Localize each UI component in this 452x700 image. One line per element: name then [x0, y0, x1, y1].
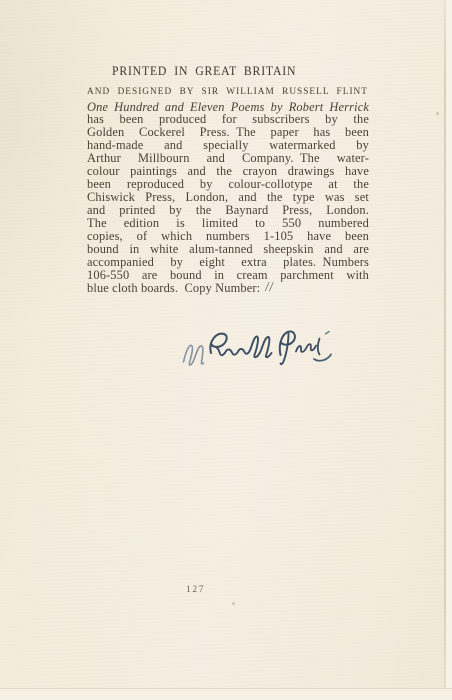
designer-credit-line: AND DESIGNED BY SIR WILLIAM RUSSELL FLIN… [87, 87, 368, 97]
copy-number-label: blue cloth boards. Copy Number: [87, 281, 260, 295]
colophon-line: The edition is limited to 550 numbered [87, 217, 369, 230]
page-edge-bottom [0, 688, 452, 700]
russell-flint-signature-icon [181, 329, 333, 371]
copy-number-handwritten: // [265, 281, 275, 294]
page-edge-right [446, 0, 452, 700]
colophon-line: copies, of which numbers 1-105 have been [87, 230, 369, 243]
colophon-paragraph: One Hundred and Eleven Poems by Robert H… [87, 101, 369, 295]
page-number: 127 [186, 585, 205, 595]
paper-speck [232, 602, 235, 605]
colophon-line: blue cloth boards. Copy Number:// [87, 282, 369, 295]
page-title: PRINTED IN GREAT BRITAIN [112, 64, 296, 79]
book-colophon-page: PRINTED IN GREAT BRITAIN AND DESIGNED BY… [0, 0, 452, 700]
colophon-line: and printed by the Baynard Press, London… [87, 204, 369, 217]
colophon-line: bound in white alum-tanned sheepskin and… [87, 243, 369, 256]
colophon-line: accompanied by eight extra plates. Numbe… [87, 256, 369, 269]
paper-speck [436, 112, 439, 115]
